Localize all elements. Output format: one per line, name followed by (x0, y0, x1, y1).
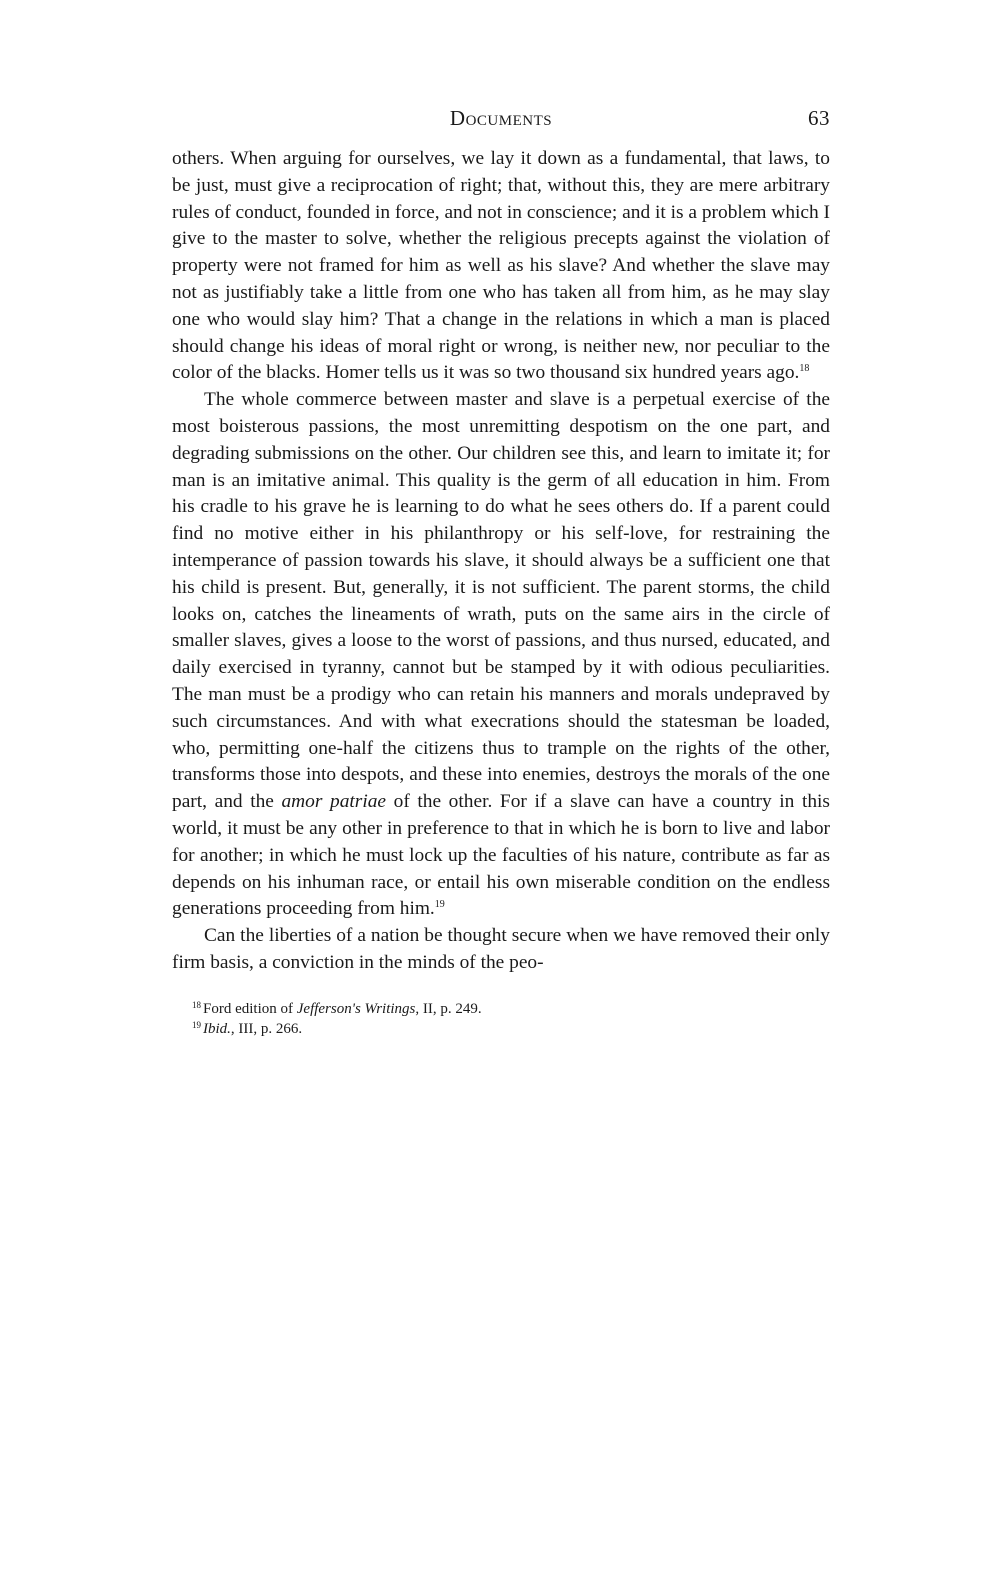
running-title: Documents (172, 106, 830, 131)
paragraph-text: others. When arguing for ourselves, we l… (172, 148, 830, 383)
footnote-number: 19 (192, 1020, 201, 1030)
footnote-19: 19Ibid., III, p. 266. (192, 1019, 830, 1039)
footnote-number: 18 (192, 1000, 201, 1010)
footnote-text: Ford edition of (203, 1001, 297, 1017)
footnote-18: 18Ford edition of Jefferson's Writings, … (192, 999, 830, 1019)
running-header: Documents 63 (172, 104, 830, 138)
page-number: 63 (808, 106, 830, 131)
paragraph-text: Can the liberties of a nation be thought… (172, 925, 830, 973)
italic-phrase: amor patriae (281, 791, 386, 812)
footnotes: 18Ford edition of Jefferson's Writings, … (172, 999, 830, 1039)
footnote-ref-18: 18 (799, 363, 809, 374)
document-page: Documents 63 others. When arguing for ou… (172, 104, 830, 1039)
body-text: others. When arguing for ourselves, we l… (172, 146, 830, 977)
paragraph-3: Can the liberties of a nation be thought… (172, 923, 830, 977)
paragraph-2: The whole commerce between master and sl… (172, 387, 830, 923)
footnote-title: Jefferson's Writings (297, 1001, 416, 1017)
footnote-ref-19: 19 (435, 899, 445, 910)
paragraph-text: The whole commerce between master and sl… (172, 389, 830, 812)
paragraph-1: others. When arguing for ourselves, we l… (172, 146, 830, 387)
footnote-text: , II, p. 249. (415, 1001, 481, 1017)
footnote-title: Ibid. (203, 1021, 231, 1037)
footnote-text: , III, p. 266. (231, 1021, 302, 1037)
